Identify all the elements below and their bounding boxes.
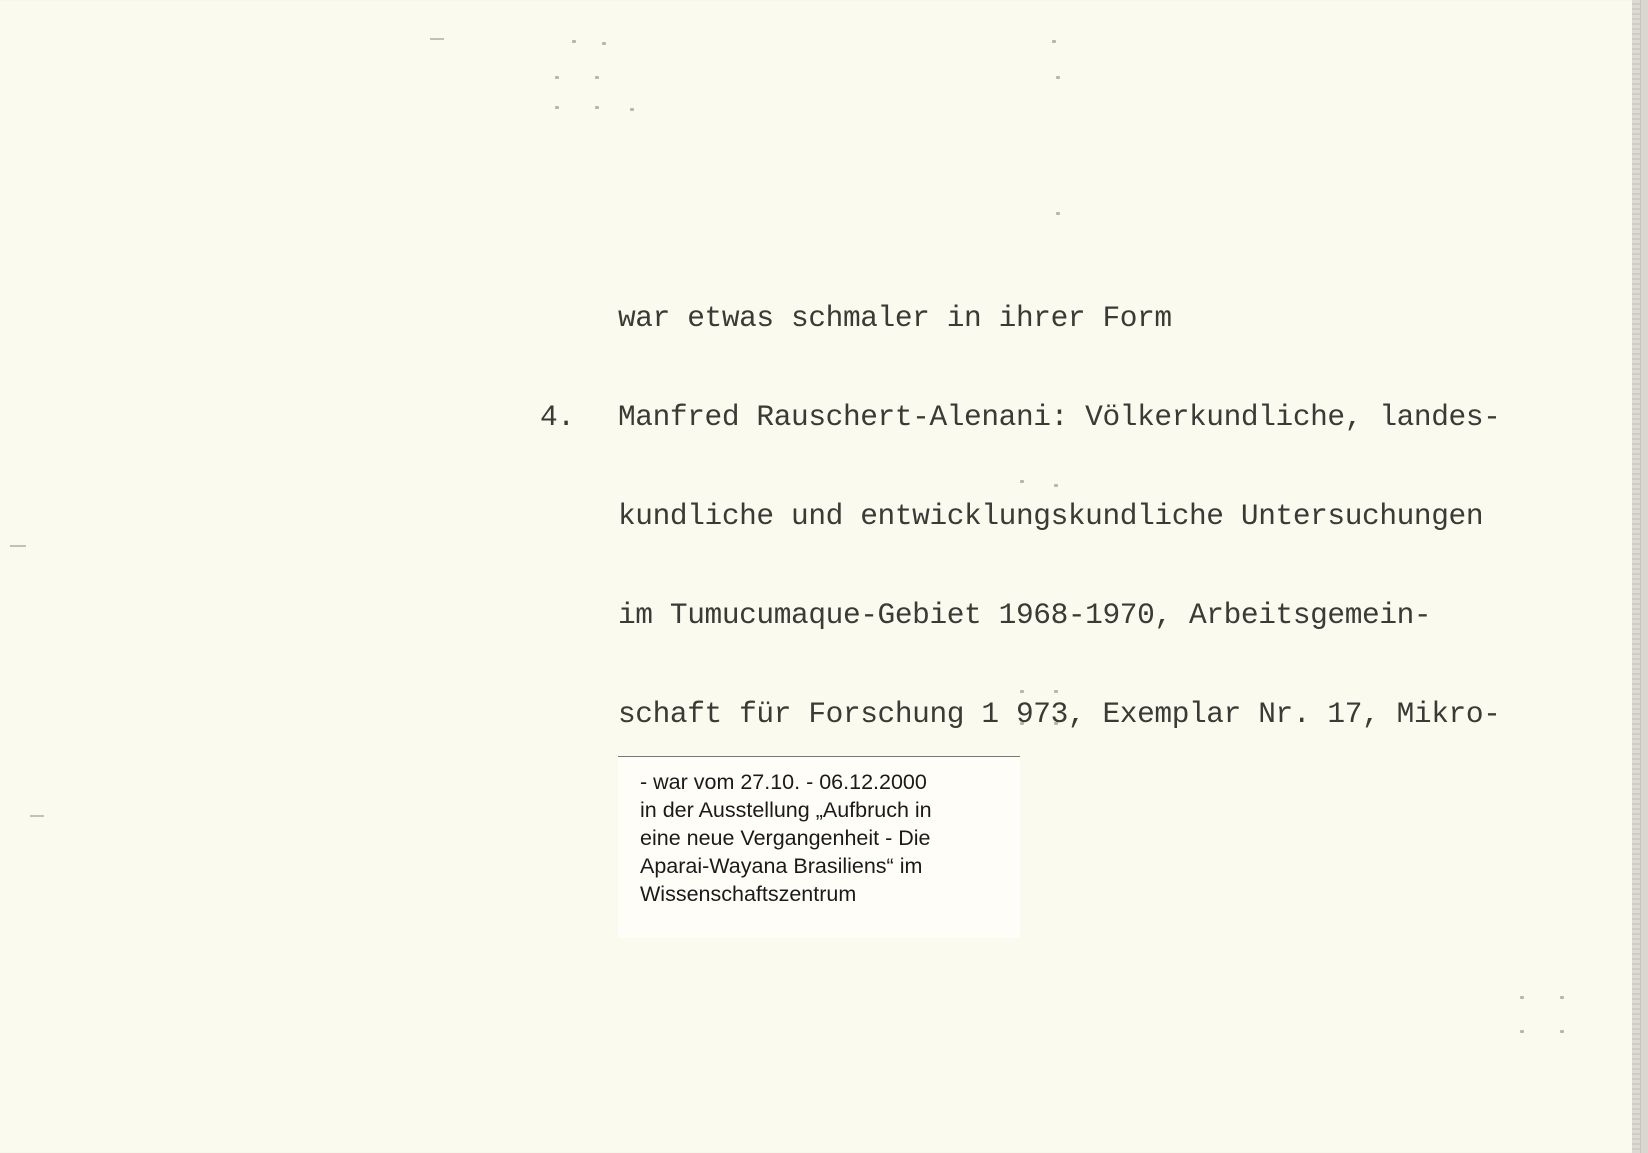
paper-mark [1056, 76, 1060, 79]
continuation-line: war etwas schmaler in ihrer Form [618, 302, 1172, 335]
paper-mark [1560, 996, 1564, 999]
paper-mark [30, 815, 44, 817]
paper-mark [602, 42, 606, 45]
paper-mark [630, 108, 634, 111]
paper-mark [595, 76, 599, 79]
label-line: Aparai-Wayana Brasiliens“ im [640, 852, 932, 880]
paper-mark [1560, 1030, 1564, 1033]
paper-mark [10, 545, 26, 547]
card-edge [1632, 0, 1640, 1153]
label-line: Wissenschaftszentrum [640, 880, 932, 908]
pasted-label: - war vom 27.10. - 06.12.2000 in der Aus… [618, 756, 1020, 938]
paper-mark [1520, 996, 1524, 999]
item-number: 4. [540, 401, 618, 434]
paper-mark [1056, 212, 1060, 215]
label-torn-edge [618, 756, 1020, 760]
typed-line: 4.Manfred Rauschert-Alenani: Völkerkundl… [540, 401, 1500, 434]
typed-line: schaft für Forschung 1 973, Exemplar Nr.… [540, 698, 1500, 731]
paper-mark [1520, 1030, 1524, 1033]
label-line: eine neue Vergangenheit - Die [640, 824, 932, 852]
paper-mark [572, 40, 576, 43]
paper-mark [430, 38, 444, 40]
label-line: in der Ausstellung „Aufbruch in [640, 796, 932, 824]
typed-line: kundliche und entwicklungskundliche Unte… [540, 500, 1500, 533]
paper-mark [555, 106, 559, 109]
index-card: war etwas schmaler in ihrer Form 4.Manfr… [0, 0, 1641, 1153]
paper-mark [1052, 40, 1056, 43]
paper-mark [555, 76, 559, 79]
typed-line: im Tumucumaque-Gebiet 1968-1970, Arbeits… [540, 599, 1500, 632]
typed-line: war etwas schmaler in ihrer Form [540, 302, 1500, 335]
label-line: - war vom 27.10. - 06.12.2000 [640, 768, 932, 796]
label-text: - war vom 27.10. - 06.12.2000 in der Aus… [640, 768, 932, 908]
paper-mark [595, 106, 599, 109]
